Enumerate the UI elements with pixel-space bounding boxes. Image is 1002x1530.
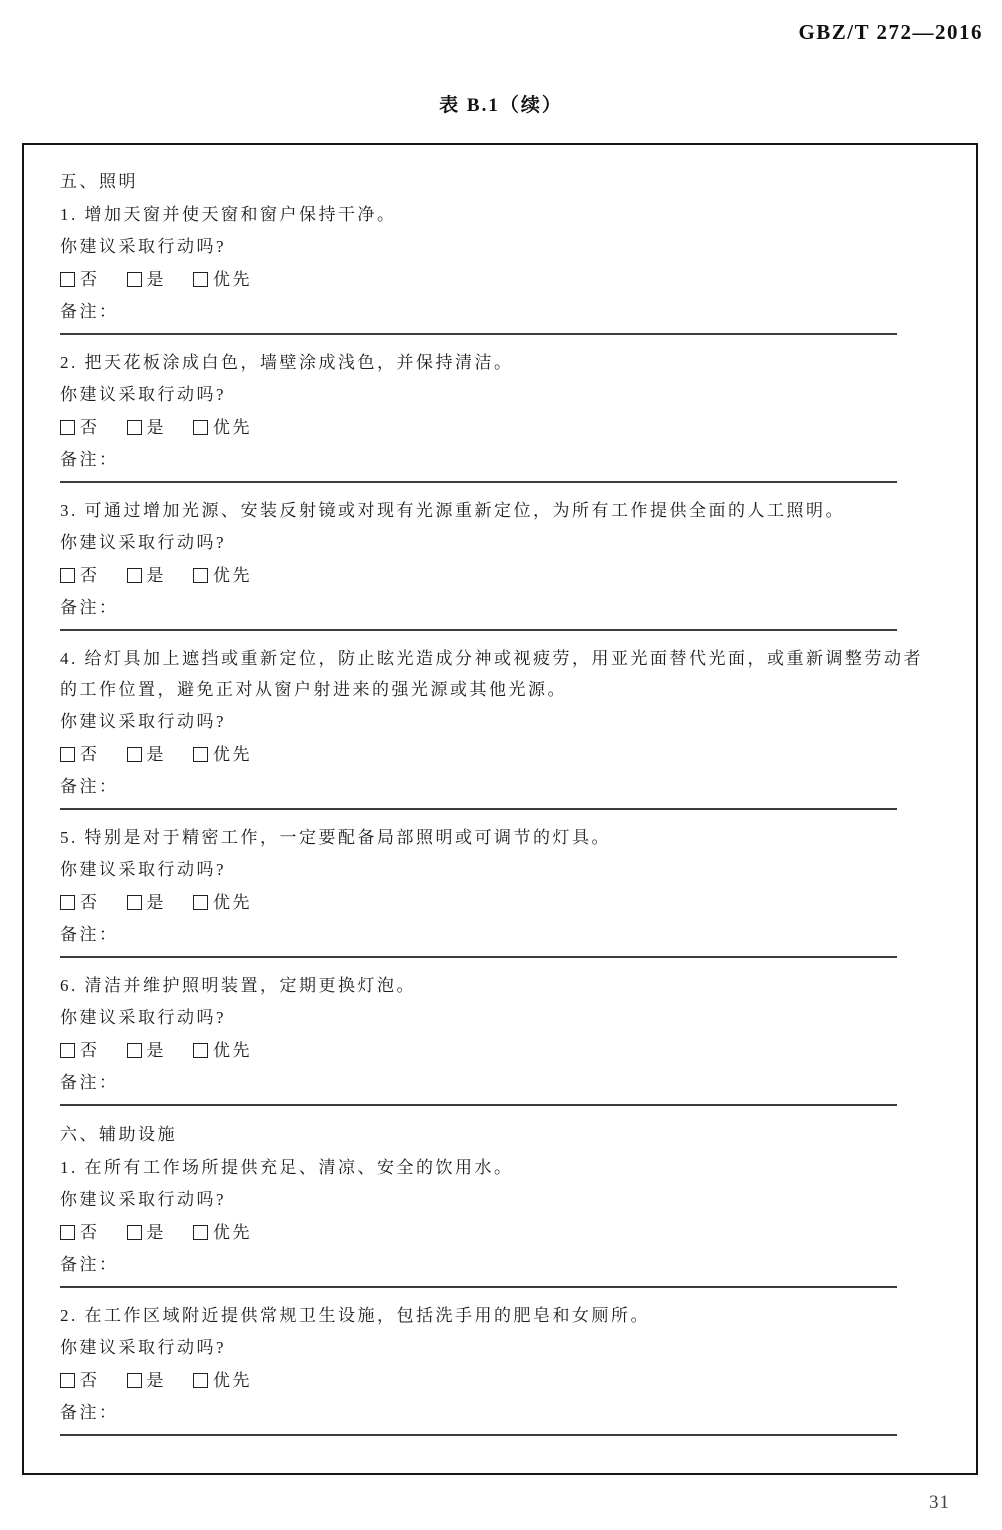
remark-label: 备注： (60, 592, 936, 624)
choice-row: 否是优先 (60, 738, 936, 771)
checkbox-yes[interactable] (127, 1373, 142, 1388)
action-prompt: 你建议采取行动吗? (60, 378, 936, 411)
checklist-item: 2. 在工作区域附近提供常规卫生设施，包括洗手用的肥皂和女厕所。 你建议采取行动… (60, 1300, 936, 1436)
choice-row: 否是优先 (60, 1034, 936, 1067)
checkbox-label: 否 (80, 411, 100, 444)
item-question: 1. 增加天窗并使天窗和窗户保持干净。 (60, 199, 936, 230)
choice-priority: 优先 (193, 886, 252, 919)
checkbox-label: 否 (80, 1034, 100, 1067)
remark-label: 备注： (60, 444, 936, 476)
checkbox-yes[interactable] (127, 1225, 142, 1240)
item-separator (60, 956, 897, 958)
checkbox-label: 是 (147, 263, 167, 296)
checkbox-label: 是 (147, 411, 167, 444)
item-separator (60, 481, 897, 483)
checkbox-label: 否 (80, 886, 100, 919)
checkbox-no[interactable] (60, 895, 75, 910)
item-separator (60, 1434, 897, 1436)
checkbox-label: 否 (80, 1216, 100, 1249)
remark-label: 备注： (60, 1397, 936, 1429)
item-question: 6. 清洁并维护照明装置，定期更换灯泡。 (60, 970, 936, 1001)
checkbox-label: 是 (147, 559, 167, 592)
action-prompt: 你建议采取行动吗? (60, 1001, 936, 1034)
checklist-item: 6. 清洁并维护照明装置，定期更换灯泡。 你建议采取行动吗? 否是优先 备注： (60, 970, 936, 1106)
choice-yes: 是 (127, 1216, 167, 1249)
action-prompt: 你建议采取行动吗? (60, 705, 936, 738)
checklist-section: 五、照明 1. 增加天窗并使天窗和窗户保持干净。 你建议采取行动吗? 否是优先 … (60, 165, 936, 1106)
item-separator (60, 1104, 897, 1106)
checkbox-yes[interactable] (127, 1043, 142, 1058)
choice-priority: 优先 (193, 738, 252, 771)
choice-no: 否 (60, 886, 100, 919)
checklist-item: 1. 增加天窗并使天窗和窗户保持干净。 你建议采取行动吗? 否是优先 备注： (60, 199, 936, 335)
choice-row: 否是优先 (60, 559, 936, 592)
checkbox-priority[interactable] (193, 1225, 208, 1240)
checklist-item: 5. 特别是对于精密工作，一定要配备局部照明或可调节的灯具。 你建议采取行动吗?… (60, 822, 936, 958)
checklist-item: 1. 在所有工作场所提供充足、清凉、安全的饮用水。 你建议采取行动吗? 否是优先… (60, 1152, 936, 1288)
page-number: 31 (929, 1492, 950, 1514)
choice-no: 否 (60, 1216, 100, 1249)
choice-row: 否是优先 (60, 1364, 936, 1397)
checkbox-priority[interactable] (193, 272, 208, 287)
remark-label: 备注： (60, 1249, 936, 1281)
table-title: 表 B.1（续） (0, 90, 1002, 117)
choice-yes: 是 (127, 559, 167, 592)
choice-yes: 是 (127, 1034, 167, 1067)
item-question: 2. 把天花板涂成白色，墙壁涂成浅色，并保持清洁。 (60, 347, 936, 378)
choice-no: 否 (60, 263, 100, 296)
checkbox-priority[interactable] (193, 1043, 208, 1058)
choice-priority: 优先 (193, 411, 252, 444)
checkbox-label: 优先 (213, 1216, 252, 1249)
checklist-section: 六、辅助设施 1. 在所有工作场所提供充足、清凉、安全的饮用水。 你建议采取行动… (60, 1118, 936, 1436)
checkbox-label: 优先 (213, 411, 252, 444)
checkbox-label: 否 (80, 738, 100, 771)
choice-no: 否 (60, 411, 100, 444)
choice-no: 否 (60, 1034, 100, 1067)
checkbox-label: 是 (147, 1364, 167, 1397)
remark-label: 备注： (60, 296, 936, 328)
choice-priority: 优先 (193, 559, 252, 592)
checkbox-label: 是 (147, 1216, 167, 1249)
checkbox-label: 优先 (213, 1034, 252, 1067)
section-title: 五、照明 (60, 165, 936, 198)
choice-priority: 优先 (193, 1364, 252, 1397)
action-prompt: 你建议采取行动吗? (60, 1183, 936, 1216)
choice-no: 否 (60, 738, 100, 771)
checkbox-yes[interactable] (127, 747, 142, 762)
standard-code: GBZ/T 272—2016 (798, 20, 983, 45)
checkbox-no[interactable] (60, 1043, 75, 1058)
choice-yes: 是 (127, 738, 167, 771)
choice-no: 否 (60, 1364, 100, 1397)
choice-yes: 是 (127, 411, 167, 444)
checklist-item: 4. 给灯具加上遮挡或重新定位，防止眩光造成分神或视疲劳，用亚光面替代光面，或重… (60, 643, 936, 810)
action-prompt: 你建议采取行动吗? (60, 230, 936, 263)
checkbox-priority[interactable] (193, 568, 208, 583)
item-separator (60, 333, 897, 335)
checkbox-yes[interactable] (127, 568, 142, 583)
item-separator (60, 1286, 897, 1288)
checklist-item: 2. 把天花板涂成白色，墙壁涂成浅色，并保持清洁。 你建议采取行动吗? 否是优先… (60, 347, 936, 483)
checklist-item: 3. 可通过增加光源、安装反射镜或对现有光源重新定位，为所有工作提供全面的人工照… (60, 495, 936, 631)
action-prompt: 你建议采取行动吗? (60, 853, 936, 886)
choice-yes: 是 (127, 263, 167, 296)
checkbox-no[interactable] (60, 568, 75, 583)
choice-priority: 优先 (193, 1034, 252, 1067)
item-separator (60, 808, 897, 810)
choice-no: 否 (60, 559, 100, 592)
item-question: 3. 可通过增加光源、安装反射镜或对现有光源重新定位，为所有工作提供全面的人工照… (60, 495, 936, 526)
checkbox-yes[interactable] (127, 895, 142, 910)
checkbox-yes[interactable] (127, 420, 142, 435)
checkbox-label: 优先 (213, 738, 252, 771)
checkbox-no[interactable] (60, 1373, 75, 1388)
action-prompt: 你建议采取行动吗? (60, 1331, 936, 1364)
choice-row: 否是优先 (60, 411, 936, 444)
item-question: 1. 在所有工作场所提供充足、清凉、安全的饮用水。 (60, 1152, 936, 1183)
checkbox-label: 否 (80, 559, 100, 592)
checkbox-no[interactable] (60, 272, 75, 287)
checkbox-label: 是 (147, 886, 167, 919)
checkbox-priority[interactable] (193, 747, 208, 762)
choice-priority: 优先 (193, 1216, 252, 1249)
choice-row: 否是优先 (60, 263, 936, 296)
item-question: 4. 给灯具加上遮挡或重新定位，防止眩光造成分神或视疲劳，用亚光面替代光面，或重… (60, 643, 936, 705)
remark-label: 备注： (60, 919, 936, 951)
choice-priority: 优先 (193, 263, 252, 296)
choice-row: 否是优先 (60, 886, 936, 919)
checklist-table: 五、照明 1. 增加天窗并使天窗和窗户保持干净。 你建议采取行动吗? 否是优先 … (22, 143, 978, 1475)
checkbox-label: 优先 (213, 263, 252, 296)
section-title: 六、辅助设施 (60, 1118, 936, 1151)
checkbox-label: 是 (147, 1034, 167, 1067)
checkbox-label: 否 (80, 1364, 100, 1397)
item-question: 5. 特别是对于精密工作，一定要配备局部照明或可调节的灯具。 (60, 822, 936, 853)
remark-label: 备注： (60, 771, 936, 803)
checkbox-priority[interactable] (193, 1373, 208, 1388)
item-separator (60, 629, 897, 631)
checkbox-label: 是 (147, 738, 167, 771)
checkbox-label: 优先 (213, 1364, 252, 1397)
choice-yes: 是 (127, 886, 167, 919)
remark-label: 备注： (60, 1067, 936, 1099)
checkbox-label: 否 (80, 263, 100, 296)
checkbox-label: 优先 (213, 886, 252, 919)
checkbox-no[interactable] (60, 747, 75, 762)
item-question: 2. 在工作区域附近提供常规卫生设施，包括洗手用的肥皂和女厕所。 (60, 1300, 936, 1331)
checkbox-label: 优先 (213, 559, 252, 592)
checkbox-no[interactable] (60, 420, 75, 435)
checkbox-yes[interactable] (127, 272, 142, 287)
checkbox-no[interactable] (60, 1225, 75, 1240)
choice-row: 否是优先 (60, 1216, 936, 1249)
checkbox-priority[interactable] (193, 420, 208, 435)
checkbox-priority[interactable] (193, 895, 208, 910)
document-page: GBZ/T 272—2016 表 B.1（续） 五、照明 1. 增加天窗并使天窗… (0, 0, 1002, 1530)
action-prompt: 你建议采取行动吗? (60, 526, 936, 559)
choice-yes: 是 (127, 1364, 167, 1397)
